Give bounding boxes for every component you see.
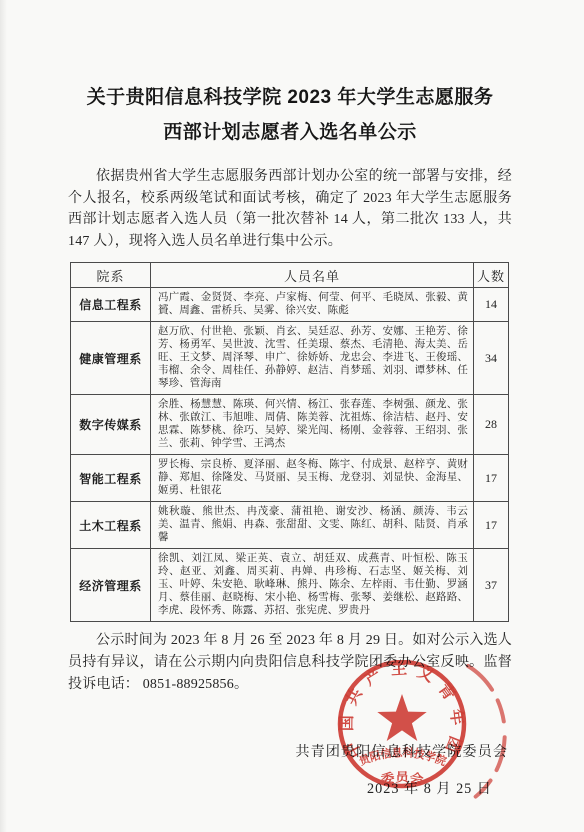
- table-row: 智能工程系罗长梅、宗良桥、夏泽丽、赵冬梅、陈宇、付成景、赵梓亨、黄财静、郑旭、徐…: [71, 455, 509, 502]
- department-cell: 智能工程系: [71, 455, 151, 502]
- department-cell: 数字传媒系: [71, 395, 151, 455]
- count-cell: 34: [474, 322, 509, 395]
- roster-table-body: 信息工程系冯广霞、金贤贤、李亮、卢家梅、何莹、何平、毛晓凤、张毅、黄贇、周鑫、雷…: [71, 288, 509, 622]
- date-line: 2023 年 8 月 25 日: [68, 778, 508, 798]
- roster-table: 院系 人员名单 人数 信息工程系冯广霞、金贤贤、李亮、卢家梅、何莹、何平、毛晓凤…: [70, 262, 509, 622]
- document-title: 关于贵阳信息科技学院 2023 年大学生志愿服务 西部计划志愿者入选名单公示: [68, 80, 512, 150]
- count-cell: 17: [474, 455, 509, 502]
- header-cell-names: 人员名单: [151, 263, 474, 288]
- names-cell: 姚秋璇、熊世杰、冉茂豪、蒲祖艳、谢安沙、杨涵、颜涛、韦云美、温青、熊娟、冉森、张…: [151, 502, 474, 549]
- title-line-2: 西部计划志愿者入选名单公示: [163, 122, 417, 143]
- names-cell: 冯广霞、金贤贤、李亮、卢家梅、何莹、何平、毛晓凤、张毅、黄贇、周鑫、雷桥兵、吴雾…: [151, 288, 474, 322]
- title-line-1: 关于贵阳信息科技学院 2023 年大学生志愿服务: [87, 87, 494, 108]
- closing-paragraph: 公示时间为 2023 年 8 月 26 至 2023 年 8 月 29 日。如对…: [68, 630, 512, 695]
- document-page: 关于贵阳信息科技学院 2023 年大学生志愿服务 西部计划志愿者入选名单公示 依…: [0, 0, 584, 832]
- table-row: 数字传媒系余胜、杨慧慧、陈瑛、何兴情、杨江、张春莲、李树强、颜龙、张林、张啟江、…: [71, 395, 509, 455]
- count-cell: 28: [474, 395, 509, 455]
- header-cell-department: 院系: [71, 263, 151, 288]
- document-content: 关于贵阳信息科技学院 2023 年大学生志愿服务 西部计划志愿者入选名单公示 依…: [0, 0, 584, 798]
- table-row: 健康管理系赵万欣、付世艳、张颖、肖玄、吴廷忍、孙芳、安娜、王艳芳、徐芳、杨勇军、…: [71, 322, 509, 395]
- signature-block: 共青团贵阳信息科技学院委员会 2023 年 8 月 25 日: [68, 741, 512, 798]
- department-cell: 信息工程系: [71, 288, 151, 322]
- header-cell-count: 人数: [474, 263, 509, 288]
- signature-line: 共青团贵阳信息科技学院委员会: [68, 741, 508, 761]
- names-cell: 徐凯、刘江凤、梁正英、袁立、胡廷双、成燕青、叶恒松、陈玉玲、赵亚、刘鑫、周买莉、…: [151, 549, 474, 622]
- department-cell: 健康管理系: [71, 322, 151, 395]
- names-cell: 赵万欣、付世艳、张颖、肖玄、吴廷忍、孙芳、安娜、王艳芳、徐芳、杨勇军、吴世波、沈…: [151, 322, 474, 395]
- department-cell: 经济管理系: [71, 549, 151, 622]
- count-cell: 37: [474, 549, 509, 622]
- intro-paragraph: 依据贵州省大学生志愿服务西部计划办公室的统一部署与安排，经个人报名，校系两级笔试…: [68, 166, 512, 252]
- table-row: 信息工程系冯广霞、金贤贤、李亮、卢家梅、何莹、何平、毛晓凤、张毅、黄贇、周鑫、雷…: [71, 288, 509, 322]
- department-cell: 土木工程系: [71, 502, 151, 549]
- table-row: 经济管理系徐凯、刘江凤、梁正英、袁立、胡廷双、成燕青、叶恒松、陈玉玲、赵亚、刘鑫…: [71, 549, 509, 622]
- names-cell: 余胜、杨慧慧、陈瑛、何兴情、杨江、张春莲、李树强、颜龙、张林、张啟江、韦旭唯、周…: [151, 395, 474, 455]
- count-cell: 17: [474, 502, 509, 549]
- names-cell: 罗长梅、宗良桥、夏泽丽、赵冬梅、陈宇、付成景、赵梓亨、黄财静、郑旭、徐隆发、马贤…: [151, 455, 474, 502]
- table-header-row: 院系 人员名单 人数: [71, 263, 509, 288]
- table-row: 土木工程系姚秋璇、熊世杰、冉茂豪、蒲祖艳、谢安沙、杨涵、颜涛、韦云美、温青、熊娟…: [71, 502, 509, 549]
- count-cell: 14: [474, 288, 509, 322]
